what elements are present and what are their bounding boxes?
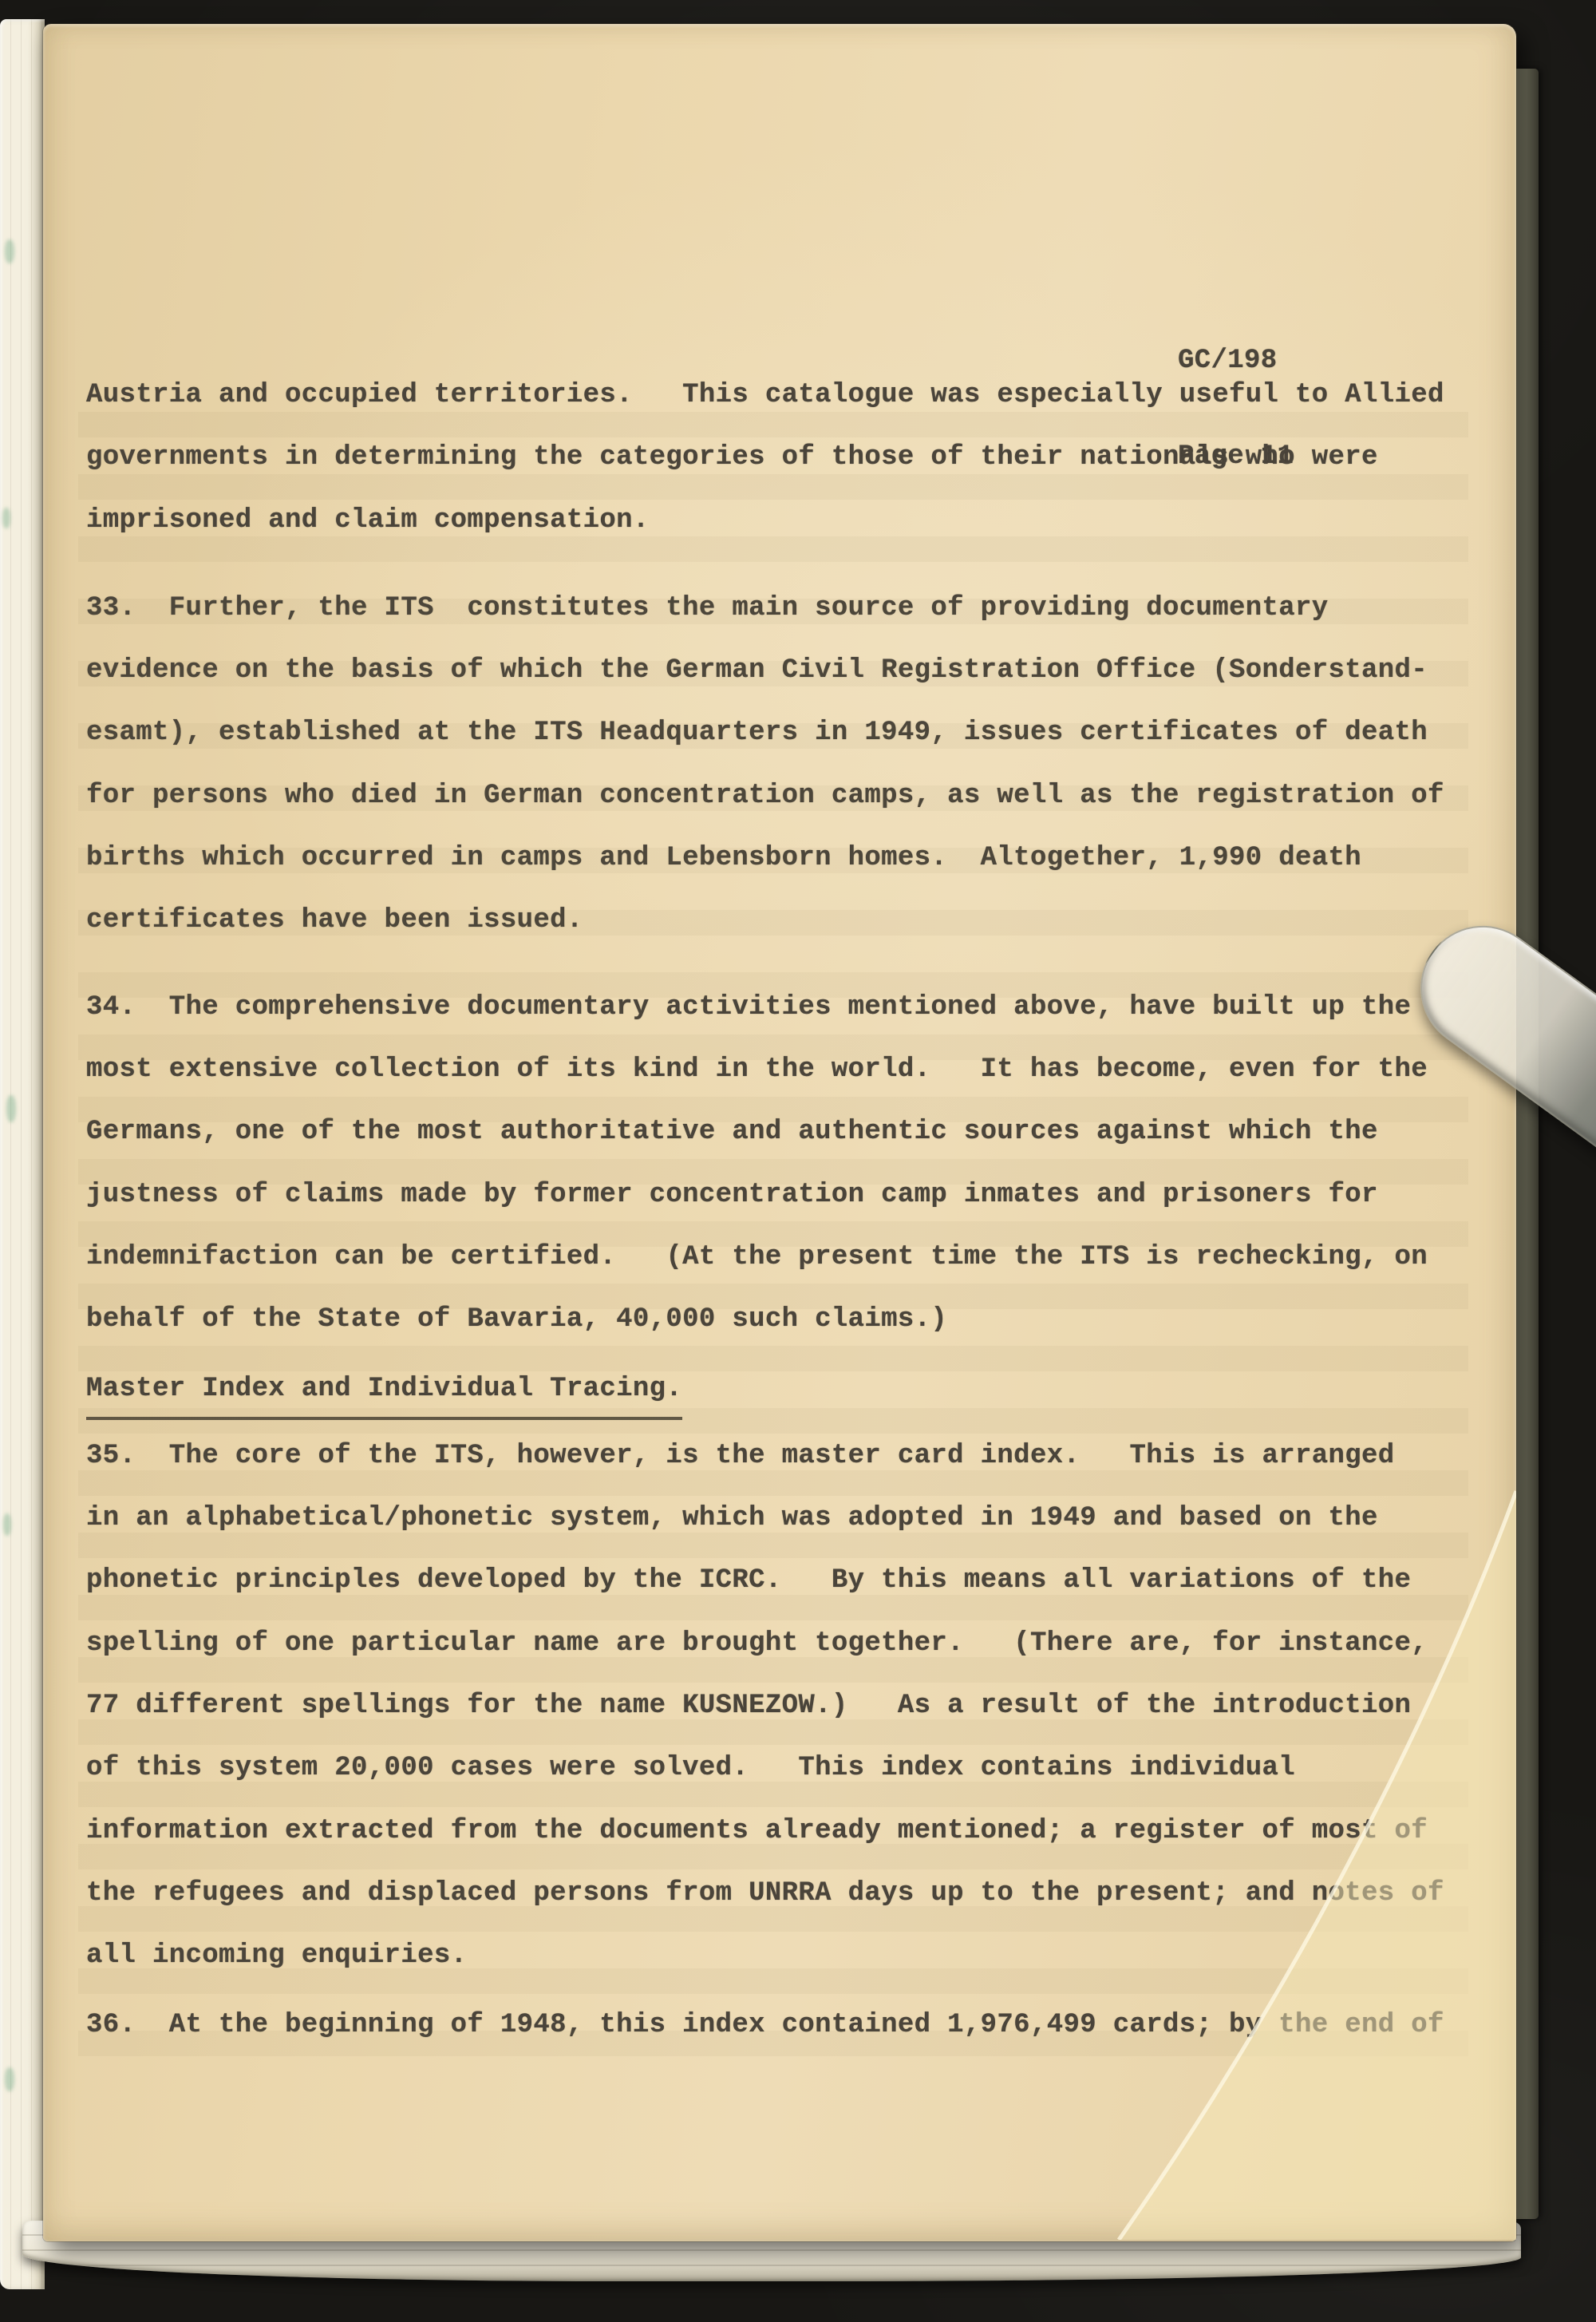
text-line: all incoming enquiries. xyxy=(86,1924,1507,1987)
section-heading: Master Index and Individual Tracing. xyxy=(86,1358,1507,1420)
scan-background: GC/198 Page 11 Austria and occupied terr… xyxy=(0,0,1596,2322)
ink-bleed-mark xyxy=(3,1513,11,1536)
ink-bleed-mark xyxy=(2,508,10,528)
text-line: births which occurred in camps and Leben… xyxy=(86,827,1507,889)
text-line: 34. The comprehensive documentary activi… xyxy=(86,976,1507,1038)
text-line: Germans, one of the most authoritative a… xyxy=(86,1101,1507,1163)
text-line: esamt), established at the ITS Headquart… xyxy=(86,702,1507,764)
document-body: Austria and occupied territories. This c… xyxy=(86,364,1507,2057)
paragraph: Austria and occupied territories. This c… xyxy=(86,364,1507,552)
text-line: evidence on the basis of which the Germa… xyxy=(86,639,1507,702)
text-line: 33. Further, the ITS constitutes the mai… xyxy=(86,577,1507,639)
page-stack-left-edge xyxy=(0,19,45,2289)
text-line: indemnifaction can be certified. (At the… xyxy=(86,1226,1507,1288)
text-line: imprisoned and claim compensation. xyxy=(86,489,1507,552)
paragraph: 35. The core of the ITS, however, is the… xyxy=(86,1425,1507,1988)
text-line: justness of claims made by former concen… xyxy=(86,1164,1507,1226)
ink-bleed-mark xyxy=(5,2067,14,2091)
ink-bleed-mark xyxy=(5,239,14,263)
ink-bleed-mark xyxy=(6,1095,16,1122)
text-line: information extracted from the documents… xyxy=(86,1800,1507,1862)
document-page: GC/198 Page 11 Austria and occupied terr… xyxy=(43,24,1516,2241)
text-line: phonetic principles developed by the ICR… xyxy=(86,1549,1507,1612)
text-line: 35. The core of the ITS, however, is the… xyxy=(86,1425,1507,1487)
text-line: for persons who died in German concentra… xyxy=(86,765,1507,827)
text-line: behalf of the State of Bavaria, 40,000 s… xyxy=(86,1288,1507,1351)
paragraph: 34. The comprehensive documentary activi… xyxy=(86,976,1507,1351)
text-line: spelling of one particular name are brou… xyxy=(86,1612,1507,1675)
paragraph: 36. At the beginning of 1948, this index… xyxy=(86,1994,1507,2056)
text-line: Austria and occupied territories. This c… xyxy=(86,364,1507,426)
text-line: most extensive collection of its kind in… xyxy=(86,1038,1507,1101)
text-line: Master Index and Individual Tracing. xyxy=(86,1358,1507,1420)
text-line: of this system 20,000 cases were solved.… xyxy=(86,1737,1507,1799)
paragraph: 33. Further, the ITS constitutes the mai… xyxy=(86,577,1507,952)
text-line: the refugees and displaced persons from … xyxy=(86,1862,1507,1924)
text-line: 36. At the beginning of 1948, this index… xyxy=(86,1994,1507,2056)
text-line: 77 different spellings for the name KUSN… xyxy=(86,1675,1507,1737)
text-line: governments in determining the categorie… xyxy=(86,426,1507,489)
text-line: certificates have been issued. xyxy=(86,889,1507,951)
text-line: in an alphabetical/phonetic system, whic… xyxy=(86,1487,1507,1549)
